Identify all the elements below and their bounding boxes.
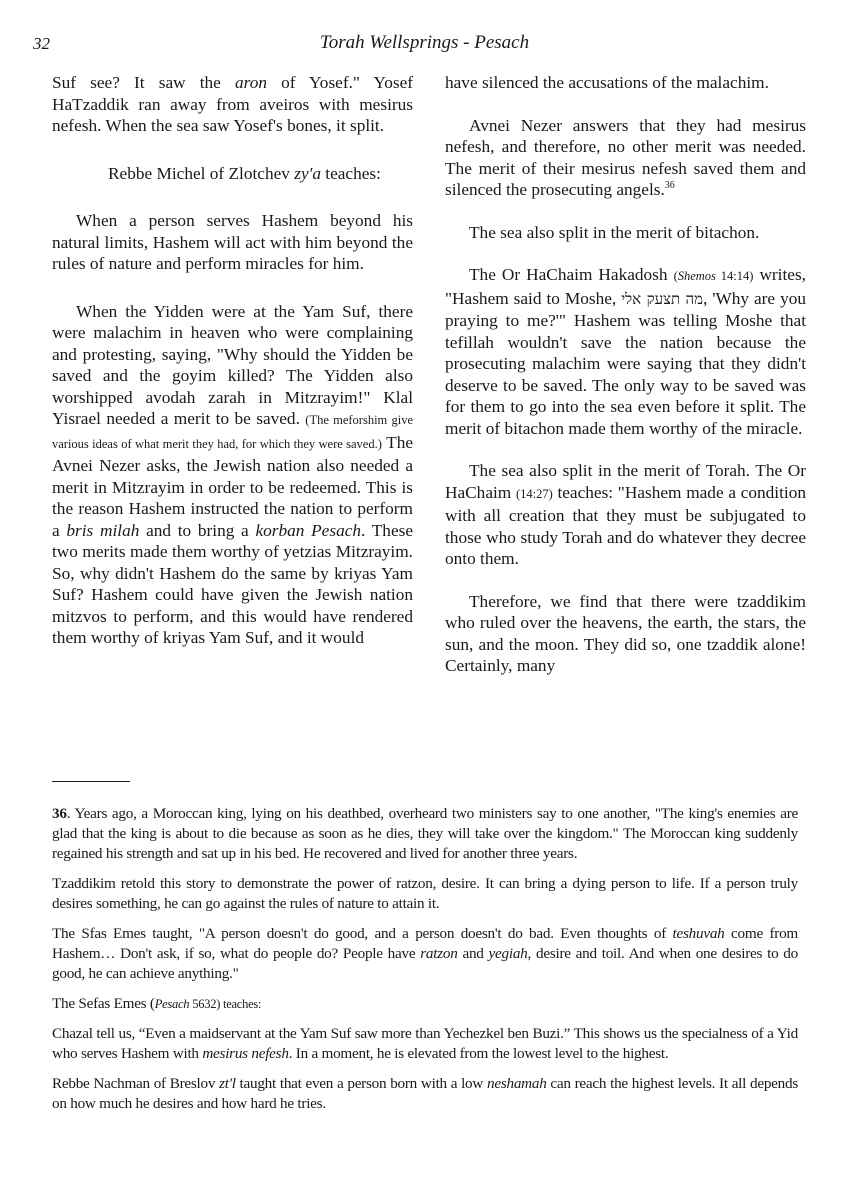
italic-term: neshamah bbox=[487, 1075, 547, 1092]
source-book: Pesach bbox=[155, 997, 190, 1011]
text-run: taught that even a person born with a lo… bbox=[236, 1075, 487, 1092]
paragraph: When a person serves Hashem beyond his n… bbox=[52, 210, 413, 275]
text-run: Rebbe Michel of Zlotchev bbox=[108, 164, 294, 183]
footnote-36: 36. Years ago, a Moroccan king, lying on… bbox=[52, 804, 798, 864]
source-citation: (14:27) bbox=[516, 487, 553, 501]
text-run: The Sefas Emes ( bbox=[52, 995, 155, 1012]
right-column: have silenced the accusations of the mal… bbox=[445, 72, 806, 698]
paragraph: The Or HaChaim Hakadosh (Shemos 14:14) w… bbox=[445, 264, 806, 439]
italic-term: korban Pesach bbox=[255, 521, 361, 540]
footnote-paragraph: The Sfas Emes taught, "A person doesn't … bbox=[52, 924, 798, 984]
hebrew-quote: מה תצעק אלי bbox=[621, 290, 703, 308]
text-run: When the Yidden were at the Yam Suf, the… bbox=[52, 302, 413, 429]
running-title: Torah Wellsprings - Pesach bbox=[0, 32, 849, 54]
paragraph: Therefore, we find that there were tzadd… bbox=[445, 591, 806, 677]
italic-term: yegiah bbox=[489, 945, 528, 962]
footnote-paragraph: Chazal tell us, “Even a maidservant at t… bbox=[52, 1024, 798, 1064]
italic-term: aron bbox=[235, 73, 267, 92]
footnote-paragraph: Tzaddikim retold this story to demonstra… bbox=[52, 874, 798, 914]
text-run: , 'Why are you praying to me?'" Hashem w… bbox=[445, 289, 806, 438]
paragraph: have silenced the accusations of the mal… bbox=[445, 72, 806, 94]
footnote-paragraph: The Sefas Emes (Pesach 5632) teaches: bbox=[52, 994, 798, 1014]
paragraph: The sea also split in the merit of bitac… bbox=[445, 222, 806, 244]
footnote-paragraph: Rebbe Nachman of Breslov zt'l taught tha… bbox=[52, 1074, 798, 1114]
italic-term: ratzon bbox=[420, 945, 457, 962]
italic-term: zt'l bbox=[219, 1075, 236, 1092]
text-run: Avnei Nezer answers that they had mesiru… bbox=[445, 116, 806, 200]
text-run: Suf see? It saw the bbox=[52, 73, 235, 92]
italic-term: mesirus nefesh bbox=[202, 1045, 288, 1062]
text-run: and bbox=[458, 945, 489, 962]
source-ref: 14:14) bbox=[716, 269, 753, 283]
source-book: Shemos bbox=[678, 269, 716, 283]
left-column: Suf see? It saw the aron of Yosef." Yose… bbox=[52, 72, 413, 670]
footnotes-section: 36. Years ago, a Moroccan king, lying on… bbox=[52, 804, 798, 1124]
text-run: Rebbe Nachman of Breslov bbox=[52, 1075, 219, 1092]
italic-term: bris milah bbox=[66, 521, 139, 540]
source-citation: (Shemos 14:14) bbox=[674, 269, 754, 283]
paragraph: Avnei Nezer answers that they had mesiru… bbox=[445, 115, 806, 201]
italic-term: zy'a bbox=[294, 164, 321, 183]
text-run: and to bring a bbox=[139, 521, 255, 540]
page-header: 32 Torah Wellsprings - Pesach bbox=[0, 30, 849, 60]
footnote-number: 36 bbox=[52, 805, 67, 822]
text-run: teaches: bbox=[321, 164, 381, 183]
text-run: The Or HaChaim Hakadosh bbox=[469, 265, 674, 284]
italic-term: teshuvah bbox=[673, 925, 725, 942]
paragraph: Suf see? It saw the aron of Yosef." Yose… bbox=[52, 72, 413, 137]
paragraph: Rebbe Michel of Zlotchev zy'a teaches: bbox=[76, 163, 413, 185]
paragraph: When the Yidden were at the Yam Suf, the… bbox=[52, 301, 413, 649]
text-run: The Sfas Emes taught, "A person doesn't … bbox=[52, 925, 673, 942]
footnote-reference[interactable]: 36 bbox=[665, 180, 675, 191]
footnote-divider bbox=[52, 781, 130, 782]
text-run: . In a moment, he is elevated from the l… bbox=[289, 1045, 669, 1062]
text-run: . Years ago, a Moroccan king, lying on h… bbox=[52, 805, 798, 862]
text-run: 5632) teaches: bbox=[189, 997, 261, 1011]
paragraph: The sea also split in the merit of Torah… bbox=[445, 460, 806, 570]
